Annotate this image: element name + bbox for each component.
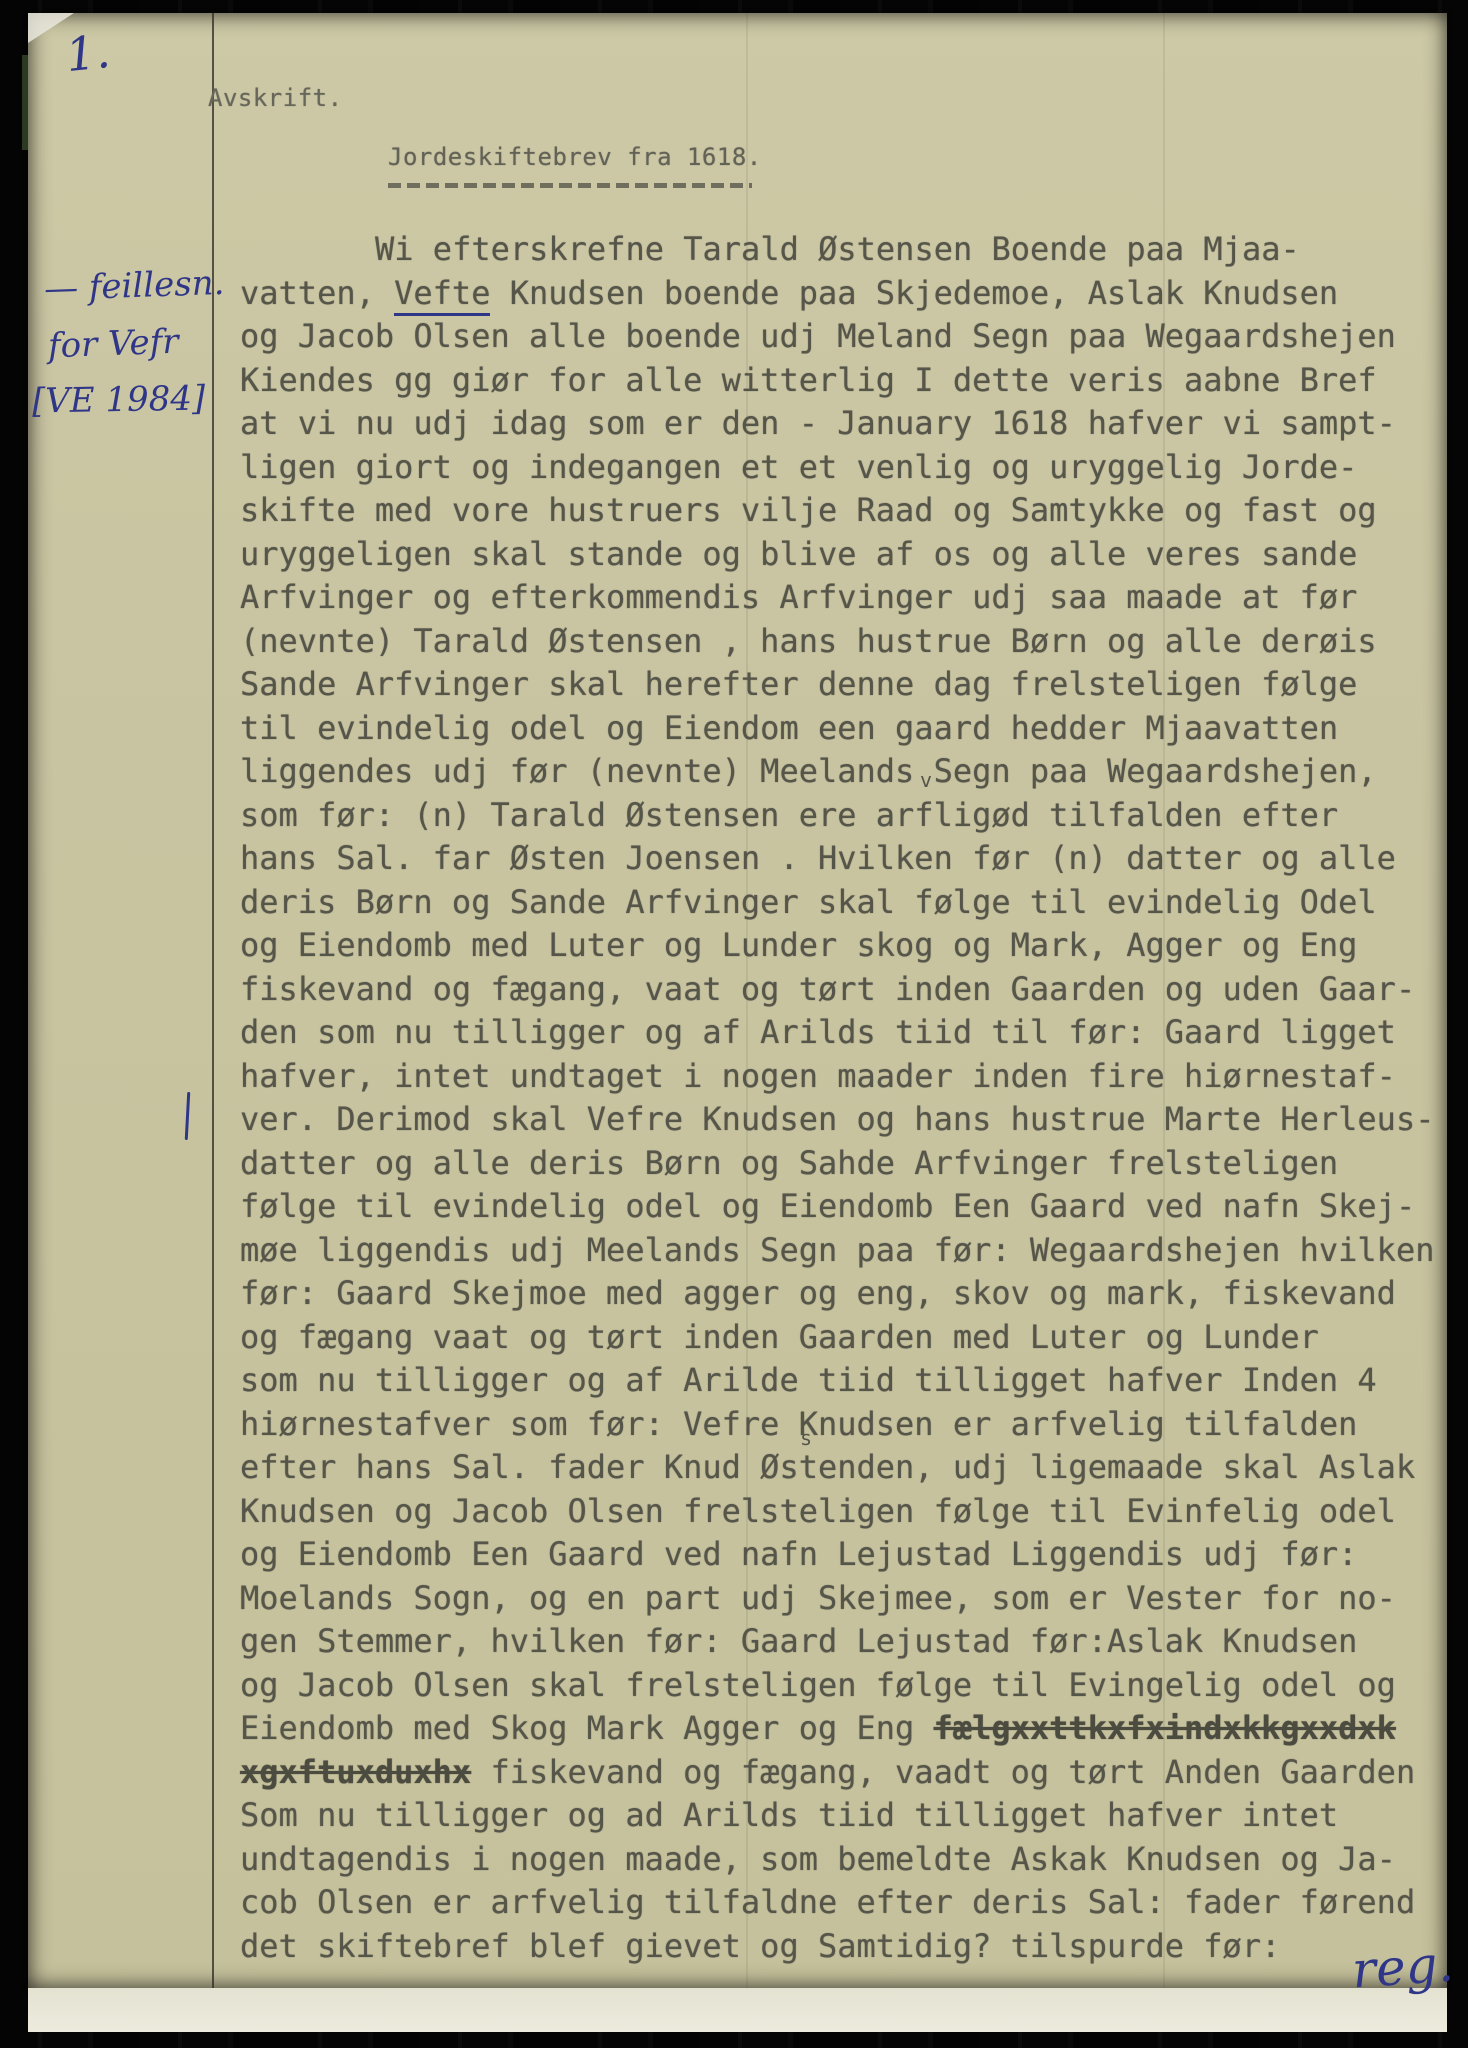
paper-bottom-edge [28,1988,1447,2032]
handwritten-margin-note-line1: — feillesn. [43,263,225,309]
scan-edge-artifact [22,55,28,150]
body-line: efter hans Sal. fader Knud Østenden, udj… [240,1446,1445,1490]
body-line: hiørnestafver som før: Vefre Knudsen er … [240,1403,1445,1447]
body-line: og Jacob Olsen alle boende udj Meland Se… [240,315,1445,359]
body-line-segment: følge til evindelig odel og Eiendomb Een… [240,1187,1415,1225]
body-line: den som nu tilligger og af Arilds tiid t… [240,1011,1445,1055]
body-line-segment: liggendes udj før (nevnte) Meelands Segn… [240,752,1377,790]
body-line: undtagendis i nogen maade, som bemeldte … [240,1838,1445,1882]
body-line: fiskevand og fægang, vaat og tørt inden … [240,968,1445,1012]
handwritten-margin-note-line2: for Vefr [47,322,179,367]
body-line-segment: cob Olsen er arfvelig tilfaldne efter de… [240,1883,1415,1921]
handwritten-margin-note-line3: [VE 1984] [32,378,206,421]
body-line-segment: Arfvinger og efterkommendis Arfvinger ud… [240,578,1357,616]
body-line-marked-segment: Vefte [394,274,490,316]
body-line-segment: hiørnestafver som før: Vefre Knudsen er … [240,1405,1357,1443]
body-line-segment: uryggeligen skal stande og blive af os o… [240,535,1357,573]
body-text: Wi efterskrefne Tarald Østensen Boende p… [240,228,1445,1968]
body-line-segment: Kiendes gg giør for alle witterlig I det… [240,361,1377,399]
body-line-segment: vatten, [240,274,394,312]
body-line: Som nu tilligger og ad Arilds tiid tilli… [240,1794,1445,1838]
typed-superscript-correction: s [800,1426,812,1450]
ruled-margin-line [212,13,214,1988]
body-line: at vi nu udj idag som er den - January 1… [240,402,1445,446]
body-line: vatten, Vefte Knudsen boende paa Skjedem… [240,272,1445,316]
body-line: og Jacob Olsen skal frelsteligen følge t… [240,1664,1445,1708]
body-line: gen Stemmer, hvilken før: Gaard Lejustad… [240,1620,1445,1664]
body-line: Sande Arfvinger skal herefter denne dag … [240,663,1445,707]
document-header-label: Avskrift. [208,84,343,112]
body-line: hafver, intet undtaget i nogen maader in… [240,1055,1445,1099]
body-line-segment: Moelands Sogn, og en part udj Skejmee, s… [240,1579,1396,1617]
body-line-segment: datter og alle deris Børn og Sahde Arfvi… [240,1144,1338,1182]
body-line: Moelands Sogn, og en part udj Skejmee, s… [240,1577,1445,1621]
body-line: xgxftuxduxhx fiskevand og fægang, vaadt … [240,1751,1445,1795]
body-line-segment: gen Stemmer, hvilken før: Gaard Lejustad… [240,1622,1357,1660]
body-line: ligen giort og indegangen et et venlig o… [240,446,1445,490]
body-line: datter og alle deris Børn og Sahde Arfvi… [240,1142,1445,1186]
page-title: Jordeskiftebrev fra 1618. [388,143,762,171]
body-line: følge til evindelig odel og Eiendomb Een… [240,1185,1445,1229]
body-line: Kiendes gg giør for alle witterlig I det… [240,359,1445,403]
handwritten-page-number: 1. [63,24,112,82]
typed-insertion-caret: v [920,768,932,792]
body-line: til evindelig odel og Eiendom een gaard … [240,707,1445,751]
scanned-document-screenshot: { "scan": { "page_number": "1.", "margin… [0,0,1468,2048]
body-line: hans Sal. far Østen Joensen . Hvilken fø… [240,837,1445,881]
body-line-segment: (nevnte) Tarald Østensen , hans hustrue … [240,622,1377,660]
body-line: og Eiendomb Een Gaard ved nafn Lejustad … [240,1533,1445,1577]
body-line: ver. Derimod skal Vefre Knudsen og hans … [240,1098,1445,1142]
body-line-segment: Wi efterskrefne Tarald Østensen Boende p… [375,230,1300,268]
body-line: Knudsen og Jacob Olsen frelsteligen følg… [240,1490,1445,1534]
body-line-segment: fiskevand og fægang, vaadt og tørt Anden… [471,1753,1415,1791]
body-line-segment: Knudsen boende paa Skjedemoe, Aslak Knud… [490,274,1338,312]
body-line: før: Gaard Skejmoe med agger og eng, sko… [240,1272,1445,1316]
body-line: liggendes udj før (nevnte) Meelands Segn… [240,750,1445,794]
body-line-segment: den som nu tilligger og af Arilds tiid t… [240,1013,1396,1051]
body-line: Wi efterskrefne Tarald Østensen Boende p… [240,228,1445,272]
body-line-segment: det skiftebref blef gievet og Samtidig? … [240,1927,1280,1965]
body-line: skifte med vore hustruers vilje Raad og … [240,489,1445,533]
body-line-segment: hafver, intet undtaget i nogen maader in… [240,1057,1396,1095]
body-line-segment: møe liggendis udj Meelands Segn paa før:… [240,1231,1434,1269]
body-line-segment: og Jacob Olsen skal frelsteligen følge t… [240,1666,1396,1704]
body-line: uryggeligen skal stande og blive af os o… [240,533,1445,577]
body-line-segment: Eiendomb med Skog Mark Agger og Eng [240,1709,934,1747]
body-line-segment: at vi nu udj idag som er den - January 1… [240,404,1396,442]
body-line: cob Olsen er arfvelig tilfaldne efter de… [240,1881,1445,1925]
body-line: som nu tilligger og af Arilde tiid tilli… [240,1359,1445,1403]
body-line-segment: som før: (n) Tarald Østensen ere arfligø… [240,796,1338,834]
body-line-segment: Som nu tilligger og ad Arilds tiid tilli… [240,1796,1338,1834]
body-line-marked-segment: xgxftuxduxhx [240,1753,471,1791]
body-line: som før: (n) Tarald Østensen ere arfligø… [240,794,1445,838]
body-line: og fægang vaat og tørt inden Gaarden med… [240,1316,1445,1360]
body-line: (nevnte) Tarald Østensen , hans hustrue … [240,620,1445,664]
body-line: deris Børn og Sande Arfvinger skal følge… [240,881,1445,925]
body-line: Arfvinger og efterkommendis Arfvinger ud… [240,576,1445,620]
body-line: Eiendomb med Skog Mark Agger og Eng fælg… [240,1707,1445,1751]
body-line-segment: Knudsen og Jacob Olsen frelsteligen følg… [240,1492,1396,1530]
body-line-segment: hans Sal. far Østen Joensen . Hvilken fø… [240,839,1396,877]
body-line-segment: ligen giort og indegangen et et venlig o… [240,448,1357,486]
body-line-segment: før: Gaard Skejmoe med agger og eng, sko… [240,1274,1396,1312]
body-line-segment: og fægang vaat og tørt inden Gaarden med… [240,1318,1319,1356]
body-line-segment: og Eiendomb Een Gaard ved nafn Lejustad … [240,1535,1357,1573]
body-line-segment: til evindelig odel og Eiendom een gaard … [240,709,1338,747]
body-line-segment: som nu tilligger og af Arilde tiid tilli… [240,1361,1377,1399]
title-dashed-underline [388,183,752,188]
body-line-marked-segment: fælgxxttkxfxindxkkgxxdxk [934,1709,1396,1747]
body-line-segment: fiskevand og fægang, vaat og tørt inden … [240,970,1415,1008]
body-line-segment: og Eiendomb med Luter og Lunder skog og … [240,926,1357,964]
body-line-segment: Sande Arfvinger skal herefter denne dag … [240,665,1357,703]
body-line-segment: efter hans Sal. fader Knud Østenden, udj… [240,1448,1415,1486]
body-line-segment: undtagendis i nogen maade, som bemeldte … [240,1840,1396,1878]
body-line-segment: deris Børn og Sande Arfvinger skal følge… [240,883,1377,921]
body-line: og Eiendomb med Luter og Lunder skog og … [240,924,1445,968]
body-line: det skiftebref blef gievet og Samtidig? … [240,1925,1445,1969]
body-line-segment: skifte med vore hustruers vilje Raad og … [240,491,1377,529]
body-line-segment: ver. Derimod skal Vefre Knudsen og hans … [240,1100,1434,1138]
body-line-segment: og Jacob Olsen alle boende udj Meland Se… [240,317,1396,355]
body-line: møe liggendis udj Meelands Segn paa før:… [240,1229,1445,1273]
